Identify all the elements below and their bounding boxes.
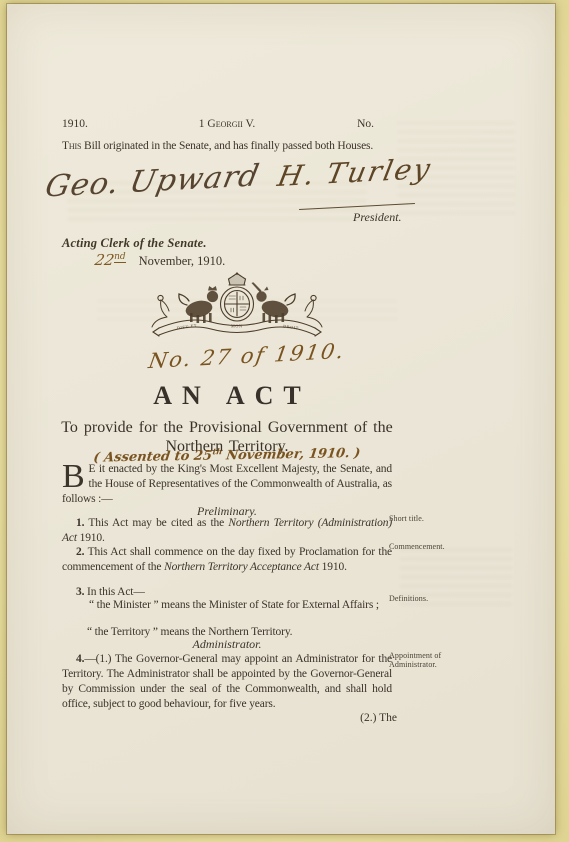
section-2: 2. This Act shall commence on the day fi… (62, 545, 392, 575)
header-regnal-year: 1 Georgii V. (199, 118, 255, 130)
crest-motto-left: DIEU ET (176, 323, 197, 331)
header-number-label: No. (357, 118, 374, 130)
royal-coat-of-arms: DIEU ET MON DROIT (147, 272, 327, 340)
margin-note-short-title: Short title. (389, 514, 467, 523)
margin-note-appointment: Appointment of Administrator. (389, 651, 467, 669)
section-3-definition-minister: “ the Minister ” means the Minister of S… (62, 598, 392, 613)
margin-note-commencement: Commencement. (389, 542, 467, 551)
dropcap-letter: B (62, 462, 89, 490)
header-year: 1910. (62, 118, 88, 130)
date-month-year: November, 1910. (139, 254, 226, 268)
long-title-line1: To provide for the Provisional Governmen… (52, 418, 402, 437)
president-title: President. (353, 210, 402, 225)
handwritten-day-ordinal: nd (114, 252, 126, 263)
bill-origin-note: This Bill originated in the Senate, and … (62, 139, 392, 154)
handwritten-day: 22 (93, 251, 115, 269)
margin-note-definitions: Definitions. (389, 594, 467, 603)
enacting-clause: BE it enacted by the King's Most Excelle… (62, 462, 392, 507)
document-page: 1910. 1 Georgii V. No. This Bill origina… (7, 4, 555, 834)
section-4: 4.—(1.) The Governor-General may appoint… (62, 652, 392, 712)
part-heading-administrator: Administrator. (62, 637, 392, 652)
crest-motto-right: DROIT (283, 324, 299, 331)
enacting-text: E it enacted by the King's Most Excellen… (62, 463, 392, 505)
act-heading: AN ACT (62, 381, 392, 411)
crest-motto-mid: MON (231, 324, 243, 329)
clerk-title: Acting Clerk of the Senate. (62, 236, 207, 251)
handwritten-act-number: No. 27 of 1910. (144, 339, 350, 373)
lion-supporter (184, 286, 218, 323)
scan-background: { "colors": { "mat_background": "#ebe2a4… (0, 0, 569, 842)
page-header: 1910. 1 Georgii V. No. (62, 118, 392, 132)
section-1: 1. This Act may be cited as the Northern… (62, 516, 392, 546)
date-line: 22nd November, 1910. (95, 251, 225, 270)
catchword: (2.) The (62, 712, 397, 724)
unicorn-supporter (252, 282, 290, 323)
